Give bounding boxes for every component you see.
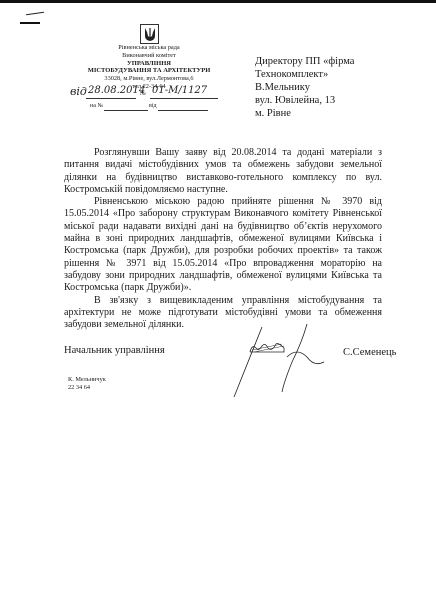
outgoing-number: 01-М/1127 bbox=[152, 85, 207, 96]
executor-phone: 22 34 64 bbox=[68, 384, 106, 392]
number-underline bbox=[150, 98, 218, 99]
committee-name: Виконавчий комітет bbox=[64, 52, 234, 60]
executor-name: К. Мельничук bbox=[68, 376, 106, 384]
addressee-block: Директору ПП «фірма Технокомплект» В.Мел… bbox=[255, 55, 354, 120]
trident-coat-of-arms-icon bbox=[140, 24, 159, 44]
handwritten-signature-icon bbox=[232, 322, 332, 397]
paragraph-3: В зв'язку з вищевикладеним управління мі… bbox=[64, 295, 382, 332]
addressee-street: вул. Ювілейна, 13 bbox=[255, 94, 354, 107]
signatory-title: Начальник управління bbox=[64, 345, 165, 356]
paragraph-1: Розглянувши Вашу заяву від 20.08.2014 та… bbox=[64, 147, 382, 196]
scan-edge bbox=[0, 0, 436, 3]
incoming-no-label: на № bbox=[90, 103, 103, 109]
department-address: 33028, м.Рівне, вул.Лермонтова,6 bbox=[64, 75, 234, 83]
department-title: УПРАВЛІННЯ bbox=[64, 60, 234, 68]
addressee-name: В.Мельнику bbox=[255, 81, 354, 94]
incoming-date-label: від bbox=[149, 103, 157, 109]
letter-body: Розглянувши Вашу заяву від 20.08.2014 та… bbox=[64, 147, 382, 331]
outgoing-date: 28.08.2014 bbox=[88, 85, 145, 96]
outgoing-date-prefix: від bbox=[70, 85, 87, 98]
executor-block: К. Мельничук 22 34 64 bbox=[68, 376, 106, 392]
department-subtitle: МІСТОБУДУВАННЯ ТА АРХІТЕКТУРИ bbox=[64, 67, 234, 75]
pen-mark bbox=[26, 12, 44, 15]
outgoing-no-label: № bbox=[140, 91, 146, 97]
paragraph-2: Рівненською міською радою прийняте рішен… bbox=[64, 196, 382, 294]
letterhead: Рівненська міська рада Виконавчий коміте… bbox=[64, 44, 234, 91]
council-name: Рівненська міська рада bbox=[64, 44, 234, 52]
date-underline bbox=[86, 98, 136, 99]
pen-mark bbox=[20, 22, 40, 24]
incoming-date-underline bbox=[158, 110, 208, 111]
addressee-city: м. Рівне bbox=[255, 107, 354, 120]
signatory-name: С.Семенець bbox=[343, 347, 396, 358]
addressee-position: Директору ПП «фірма bbox=[255, 55, 354, 68]
addressee-company: Технокомплект» bbox=[255, 68, 354, 81]
incoming-no-underline bbox=[104, 110, 148, 111]
